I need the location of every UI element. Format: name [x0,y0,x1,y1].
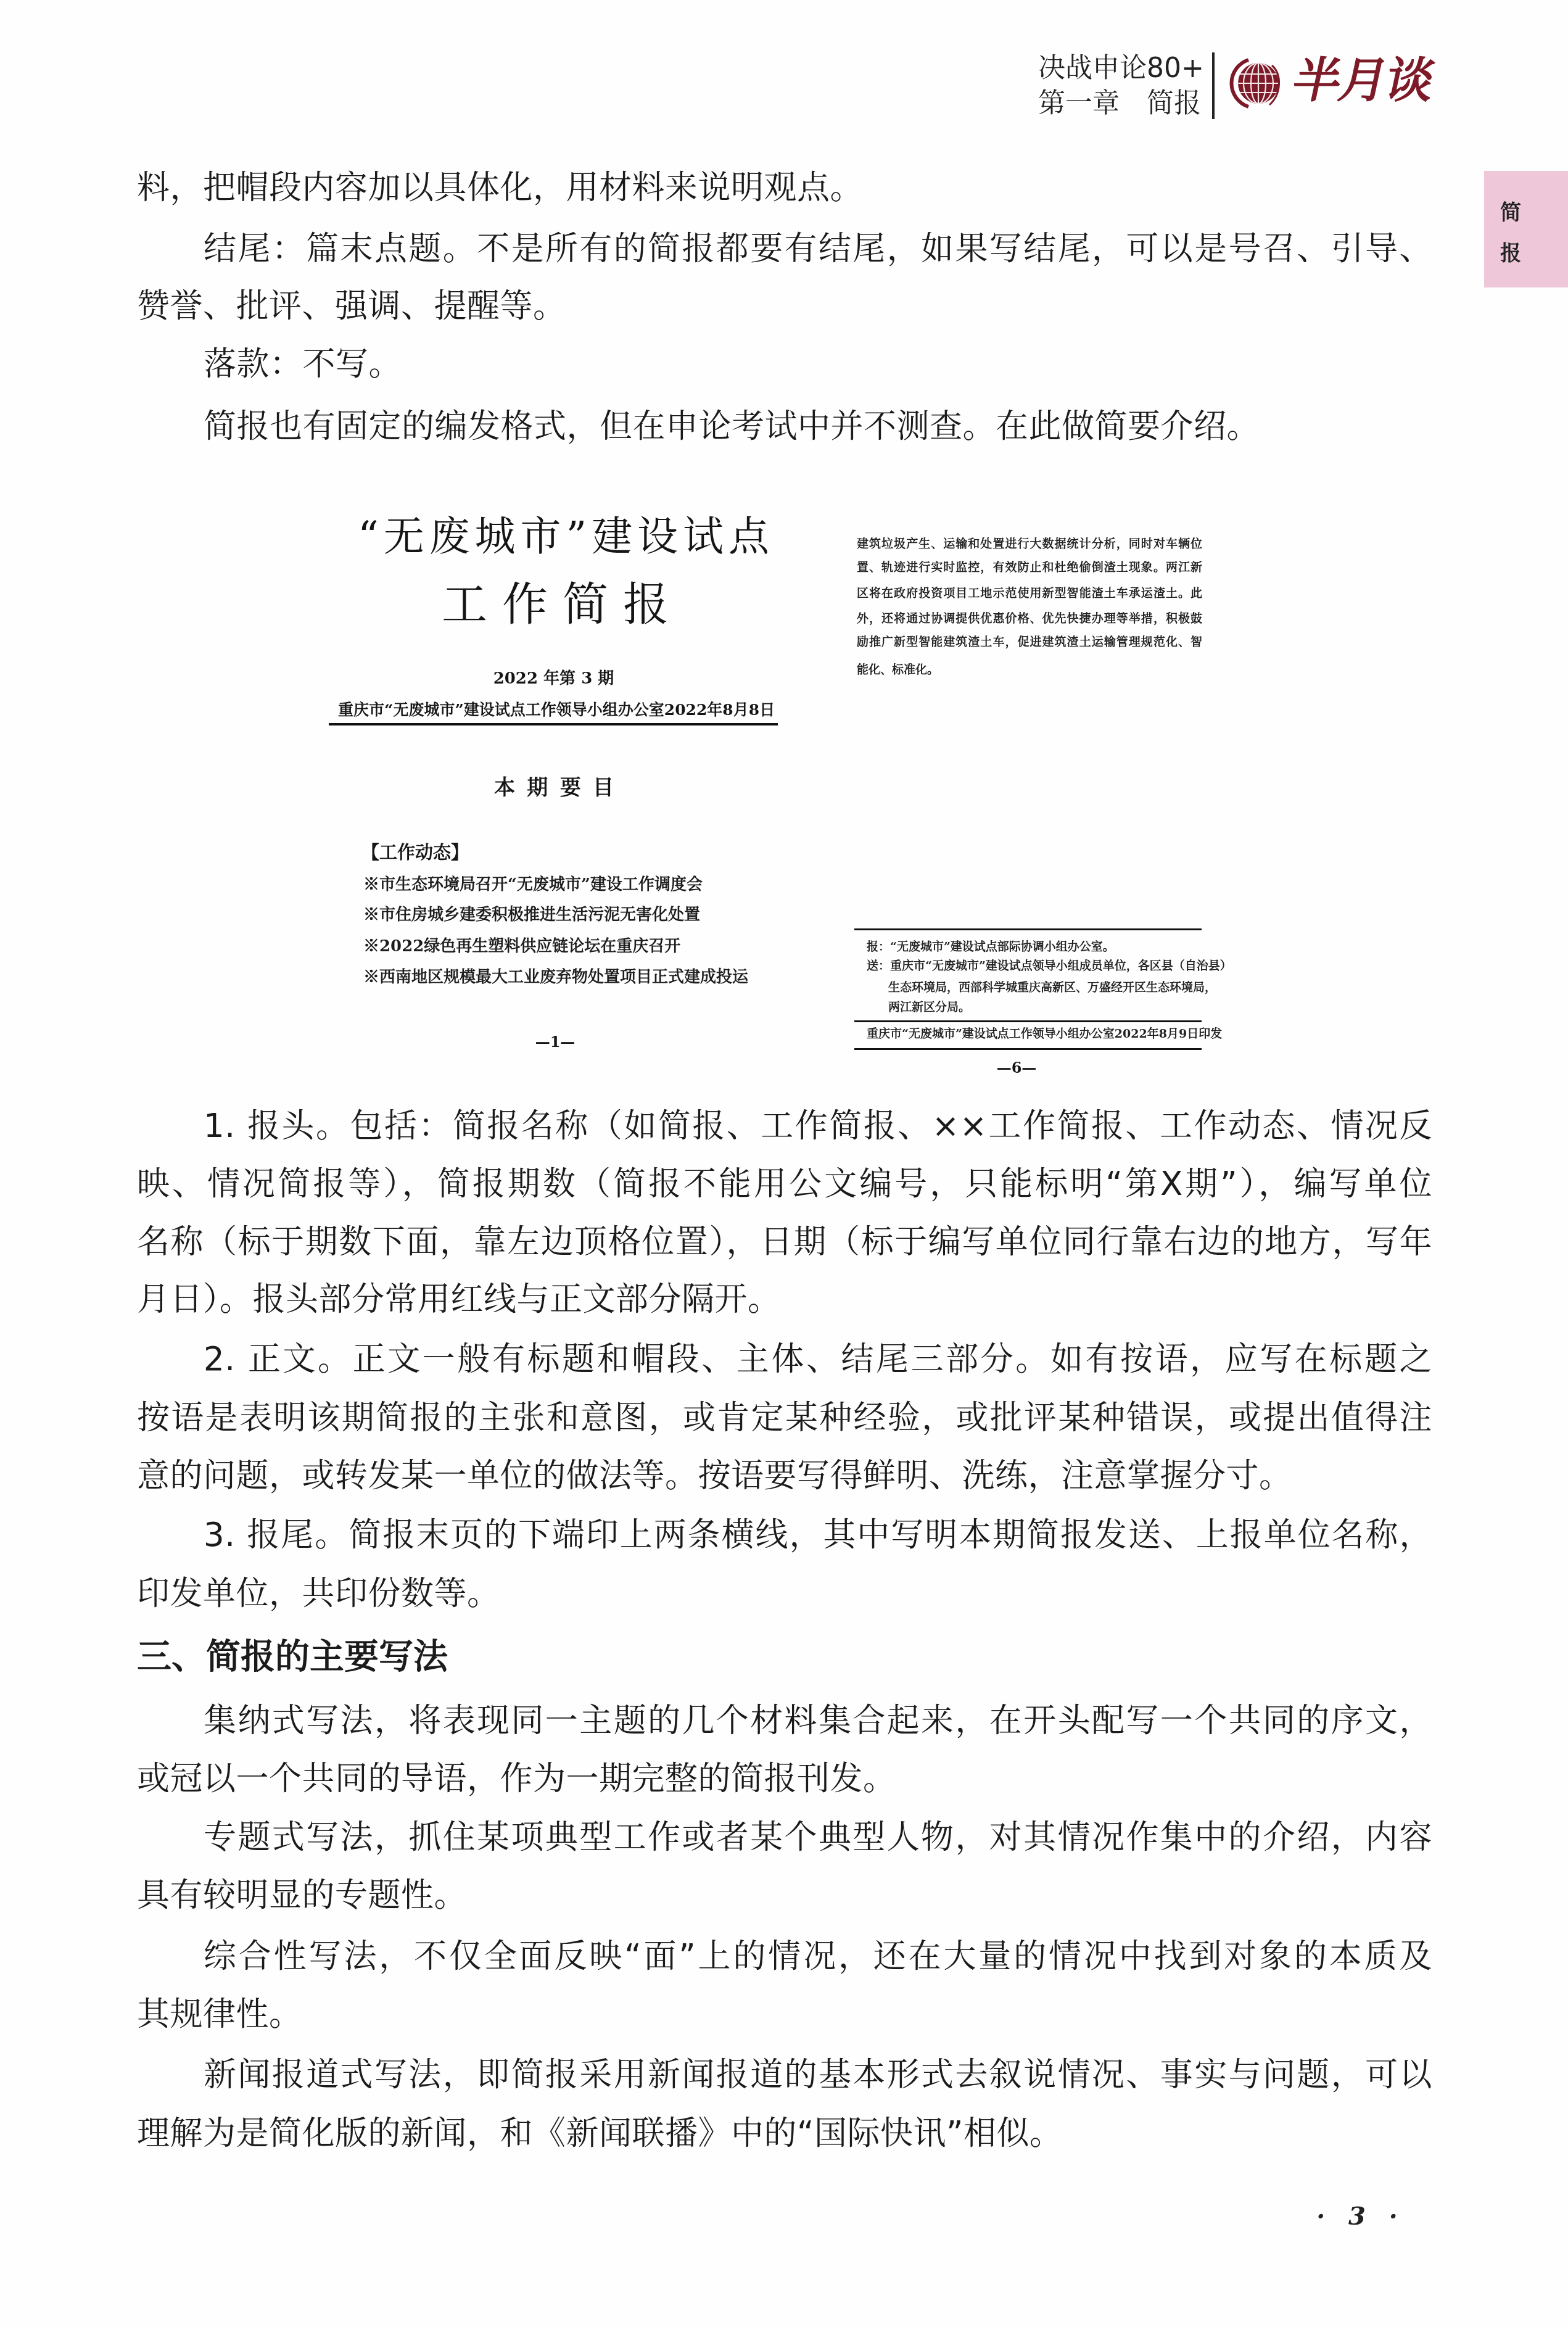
contents-heading: 本期要目 [494,777,614,799]
briefing-issuer-row: 重庆市“无废城市”建设试点工作领导小组办公室 2022年8月8日 [338,701,767,719]
brand-logo-text: 半月谈 [1288,54,1438,107]
send-to-line: 两江新区分局。 [888,999,970,1016]
last-page-text-line: 励推广新型智能建筑渣土车，促进建筑渣土运输管理规范化、智 [857,630,1202,654]
text-line: 专题式写法，抓住某项典型工作或者某个典型人物，对其情况作集中的介绍，内容 [137,1809,1432,1867]
last-page-number: —6— [986,1059,1047,1077]
chapter-label: 第一章 简报 [1038,86,1204,121]
text-line: 印发单位，共印份数等。 [137,1565,1432,1623]
briefing-subtitle: 工作简报 [442,578,669,631]
text-line: 赞誉、批评、强调、提醒等。 [137,278,1432,336]
footer-rule-middle [854,1020,1202,1022]
cover-page-number: —1— [524,1033,586,1051]
text-line: 结尾：篇末点题。不是所有的简报都要有结尾，如果写结尾，可以是号召、引导、 [137,220,1432,278]
text-line: 集纳式写法，将表现同一主题的几个材料集合起来，在开头配写一个共同的序文， [137,1692,1432,1750]
issued-by-row: 重庆市“无废城市”建设试点工作领导小组办公室 2022年8月9日印发 [867,1025,1192,1043]
last-page-text-line: 置、轨迹进行实时监控，有效防止和杜绝偷倒渣土现象。两江新 [857,556,1202,579]
footer-rule-bottom [854,1048,1202,1050]
send-to-line: 送：重庆市“无废城市”建设试点领导小组成员单位，各区县（自治县） [867,957,1232,975]
briefing-issuer: 重庆市“无废城市”建设试点工作领导小组办公室 [338,701,664,719]
book-page: 决战申论80+ 第一章 简报 半月谈 简 报 料，把帽段内容加以具体化，用材料来… [0,0,1568,2327]
text-line: 映、情况简报等），简报期数（简报不能用公文编号，只能标明“第X期”），编写单位 [137,1155,1432,1213]
contents-item: ※市生态环境局召开“无废城市”建设工作调度会 [363,875,703,895]
text-line: 综合性写法，不仅全面反映“面”上的情况，还在大量的情况中找到对象的本质及 [137,1928,1432,1986]
text-line: 月日）。报头部分常用红线与正文部分隔开。 [137,1271,1432,1329]
contents-item: ※西南地区规模最大工业废弃物处置项目正式建成投运 [363,967,748,987]
page-number: · 3 · [1314,2200,1408,2233]
header-divider [1212,52,1215,119]
briefing-title: “无废城市”建设试点 [358,510,769,564]
footer-rule-top [854,928,1202,930]
text-line: 或冠以一个共同的导语，作为一期完整的简报刊发。 [137,1750,1432,1808]
last-page-text-line: 建筑垃圾产生、运输和处置进行大数据统计分析，同时对车辆位 [857,532,1202,556]
running-header: 决战申论80+ 第一章 简报 [1038,51,1204,121]
book-title: 决战申论80+ [1038,51,1204,86]
text-line: 3. 报尾。简报末页的下端印上两条横线，其中写明本期简报发送、上报单位名称， [137,1507,1432,1564]
issued-date: 2022年8月9日印发 [1115,1025,1222,1043]
report-to-line: 报：“无废城市”建设试点部际协调小组办公室。 [867,938,1115,956]
globe-icon [1226,57,1284,110]
side-tab-char: 简 [1500,192,1568,233]
text-line: 2. 正文。正文一般有标题和帽段、主体、结尾三部分。如有按语，应写在标题之前， [137,1331,1432,1389]
side-tab-char: 报 [1500,233,1568,274]
send-to-line: 生态环境局，西部科学城重庆高新区、万盛经开区生态环境局， [888,979,1216,996]
last-page-text-line: 区将在政府投资项目工地示范使用新型智能渣土车承运渣土。此 [857,582,1202,605]
text-line: 新闻报道式写法，即简报采用新闻报道的基本形式去叙说情况、事实与问题，可以 [137,2046,1432,2104]
text-line: 简报也有固定的编发格式，但在申论考试中并不测查。在此做简要介绍。 [137,398,1432,456]
text-line: 落款：不写。 [137,336,1432,394]
contents-item: ※2022绿色再生塑料供应链论坛在重庆召开 [363,936,680,956]
last-page-text-line: 能化、标准化。 [857,658,1202,682]
text-line: 具有较明显的专题性。 [137,1867,1432,1925]
briefing-issue-number: 2022 年第 3 期 [487,669,620,688]
contents-section-label: 【工作动态】 [361,843,469,862]
header-rule [329,723,778,725]
last-page-text-line: 外，还将通过协调提供优惠价格、优先快捷办理等举措，积极鼓 [857,607,1202,630]
text-line: 理解为是简化版的新闻，和《新闻联播》中的“国际快讯”相似。 [137,2105,1432,2163]
text-line: 意的问题，或转发某一单位的做法等。按语要写得鲜明、洗练，注意掌握分寸。 [137,1447,1432,1505]
briefing-date: 2022年8月8日 [664,701,775,719]
issued-by: 重庆市“无废城市”建设试点工作领导小组办公室 [867,1025,1115,1043]
chapter-side-tab: 简 报 [1484,171,1568,287]
section-heading: 三、简报的主要写法 [137,1628,1432,1686]
text-line: 1. 报头。包括：简报名称（如简报、工作简报、××工作简报、工作动态、情况反 [137,1097,1432,1155]
text-line: 其规律性。 [137,1986,1432,2044]
text-line: 名称（标于期数下面，靠左边顶格位置），日期（标于编写单位同行靠右边的地方，写年 [137,1213,1432,1271]
text-line: 料，把帽段内容加以具体化，用材料来说明观点。 [137,159,1432,217]
text-line: 按语是表明该期简报的主张和意图，或肯定某种经验，或批评某种错误，或提出值得注 [137,1389,1432,1447]
contents-item: ※市住房城乡建委积极推进生活污泥无害化处置 [363,905,700,925]
